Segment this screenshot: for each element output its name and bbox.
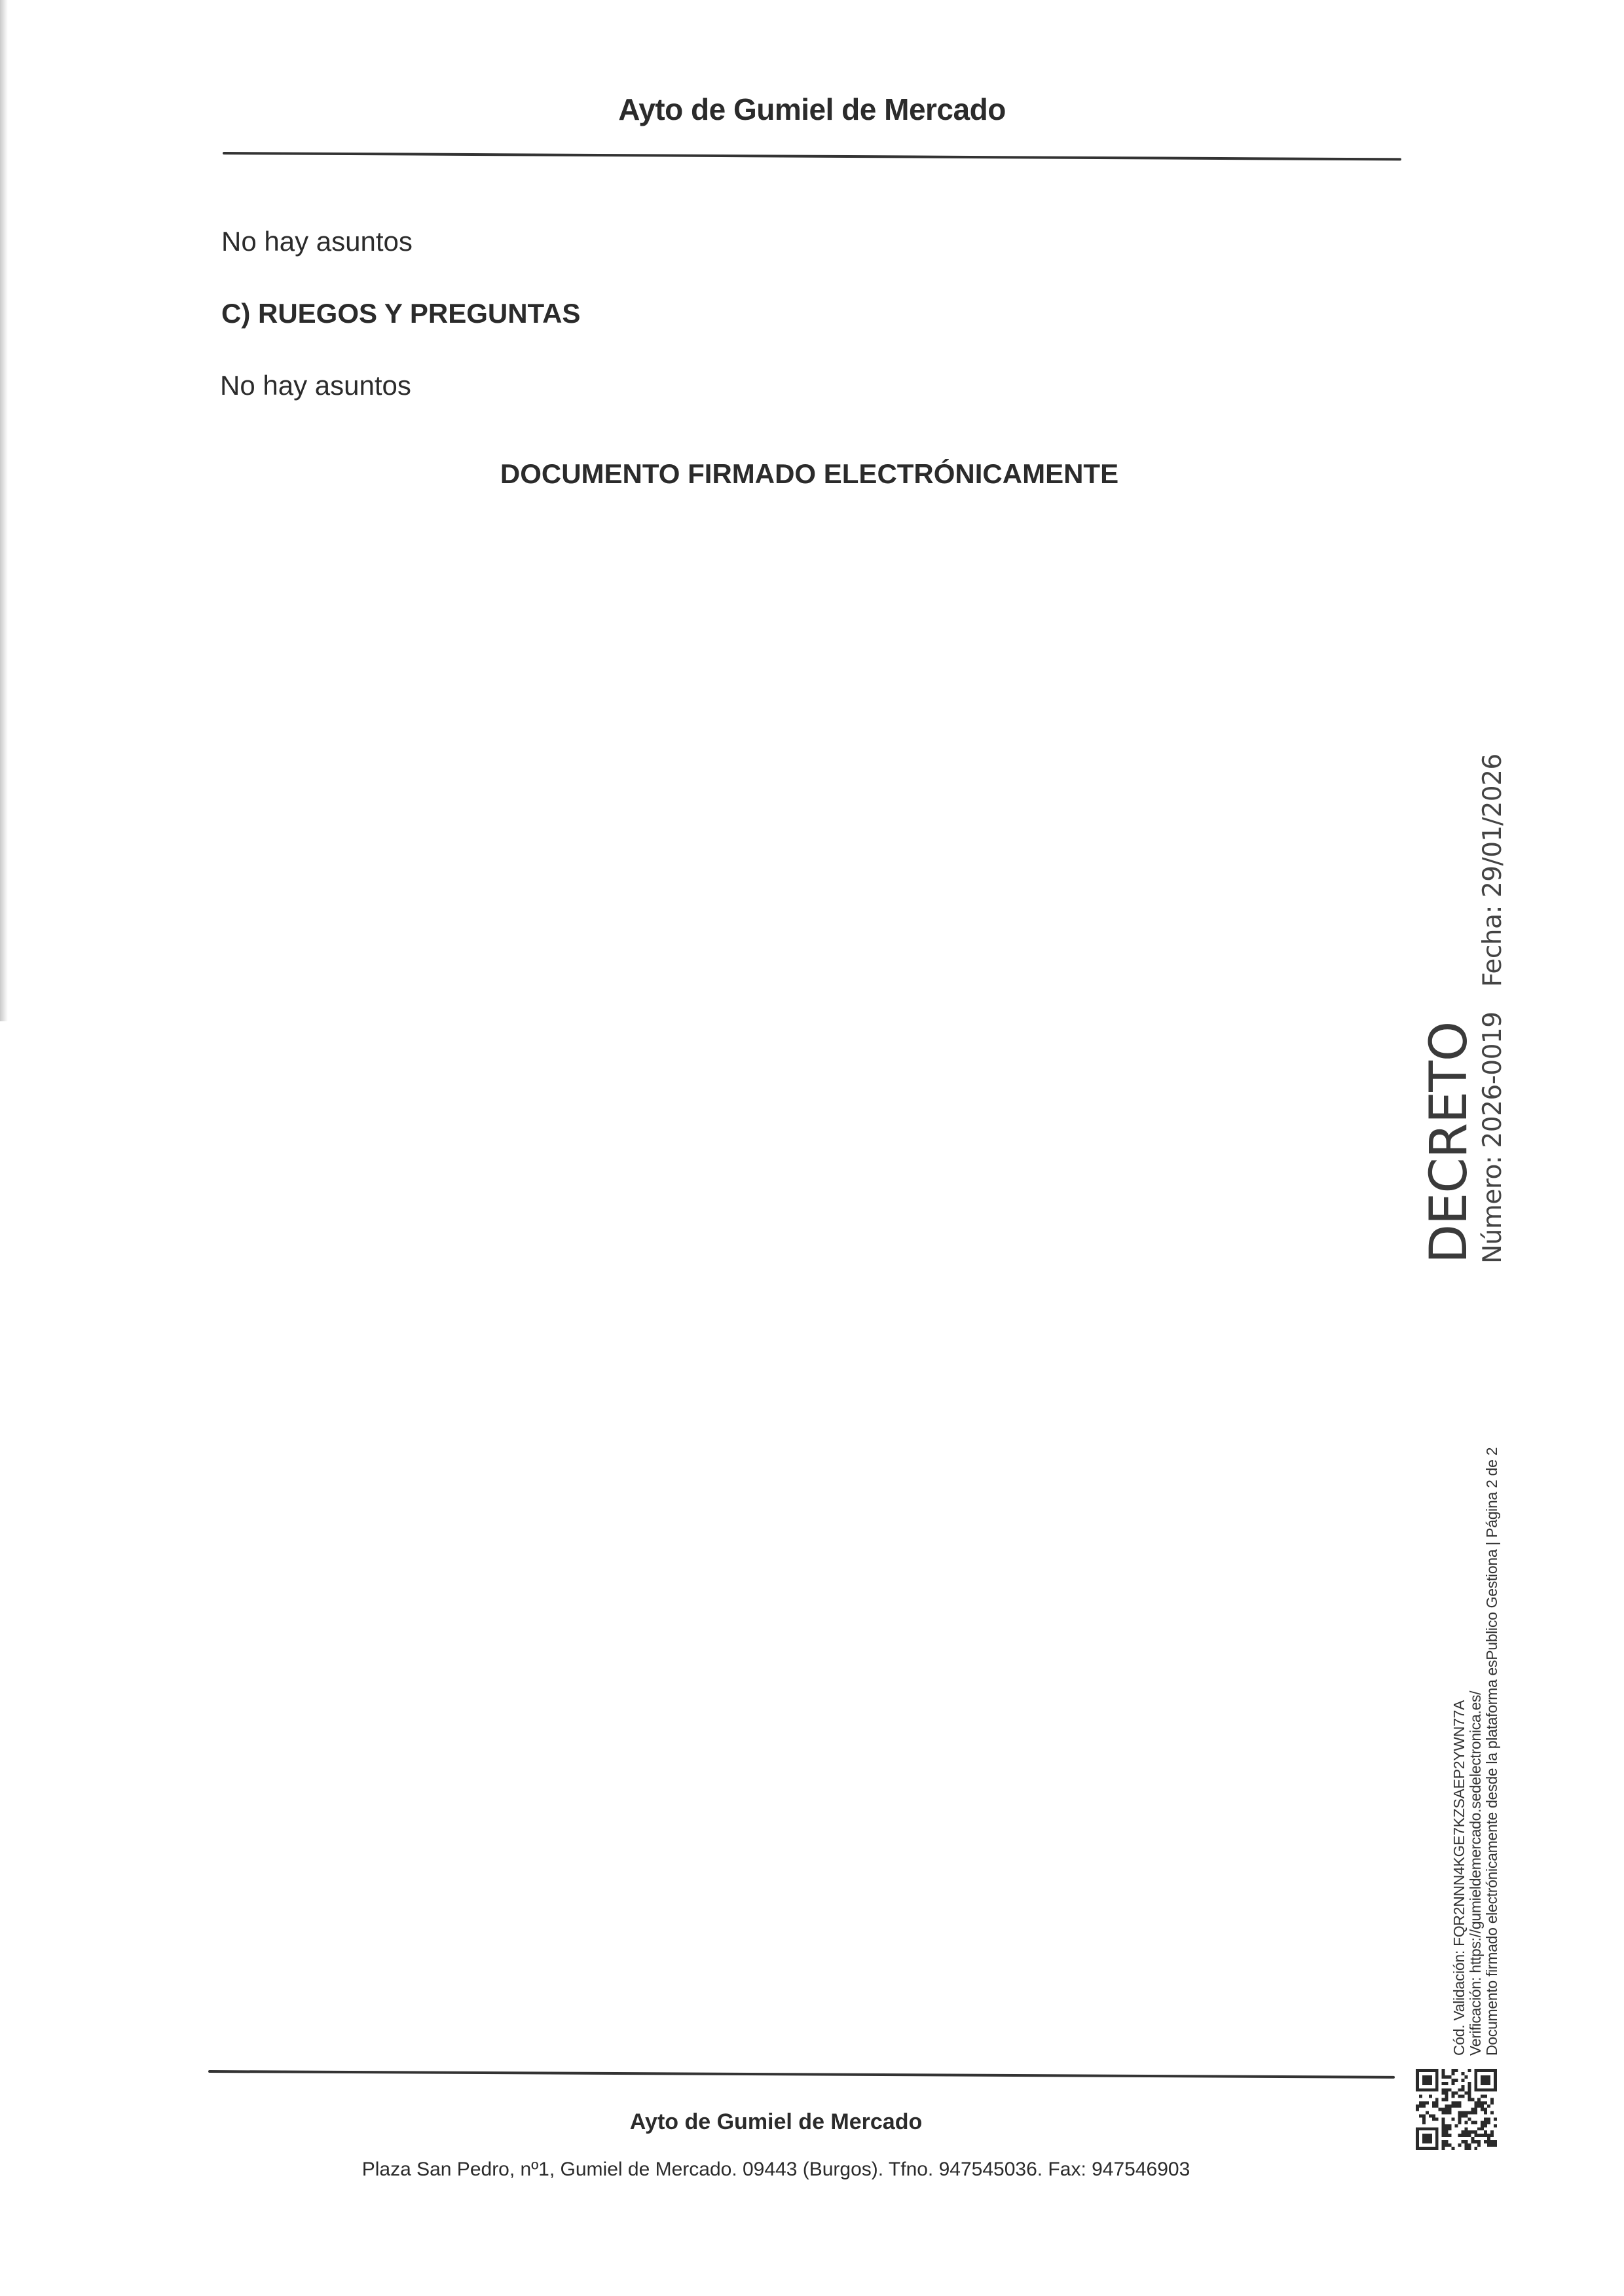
paragraph-no-items-1: No hay asuntos — [221, 226, 413, 257]
decree-meta: Número: 2026-0019Fecha: 29/01/2026 — [1477, 754, 1509, 1264]
verification-url[interactable]: Verificación: https://gumieldemercado.se… — [1467, 1448, 1484, 2056]
footer-divider — [208, 2070, 1395, 2079]
signed-notice-text: DOCUMENTO FIRMADO ELECTRÓNICAMENTE — [500, 458, 1118, 490]
decree-date-label: Fecha: — [1478, 905, 1507, 987]
footer-title: Ayto de Gumiel de Mercado — [0, 2109, 1624, 2135]
footer-address: Plaza San Pedro, nº1, Gumiel de Mercado.… — [0, 2159, 1624, 2181]
signed-notice: DOCUMENTO FIRMADO ELECTRÓNICAMENTE — [0, 458, 1624, 490]
decree-type: DECRETO — [1421, 754, 1477, 1264]
platform-notice: Documento firmado electrónicamente desde… — [1484, 1448, 1500, 2056]
paragraph-no-items-2: No hay asuntos — [220, 370, 411, 401]
header-divider — [223, 152, 1401, 160]
scan-edge-shadow — [0, 0, 8, 1021]
header-title: Ayto de Gumiel de Mercado — [0, 92, 1624, 127]
validation-code: Cód. Validación: FQR2NNN4KGE7KZSAEP2YWN7… — [1451, 1448, 1467, 2056]
decree-number-label: Número: — [1478, 1156, 1507, 1264]
decree-stamp: DECRETO Número: 2026-0019Fecha: 29/01/20… — [1421, 754, 1509, 1264]
decree-date: 29/01/2026 — [1478, 754, 1507, 898]
validation-block: Cód. Validación: FQR2NNN4KGE7KZSAEP2YWN7… — [1451, 1448, 1500, 2056]
section-heading-ruegos: C) RUEGOS Y PREGUNTAS — [221, 298, 580, 329]
decree-number: 2026-0019 — [1478, 1011, 1507, 1148]
